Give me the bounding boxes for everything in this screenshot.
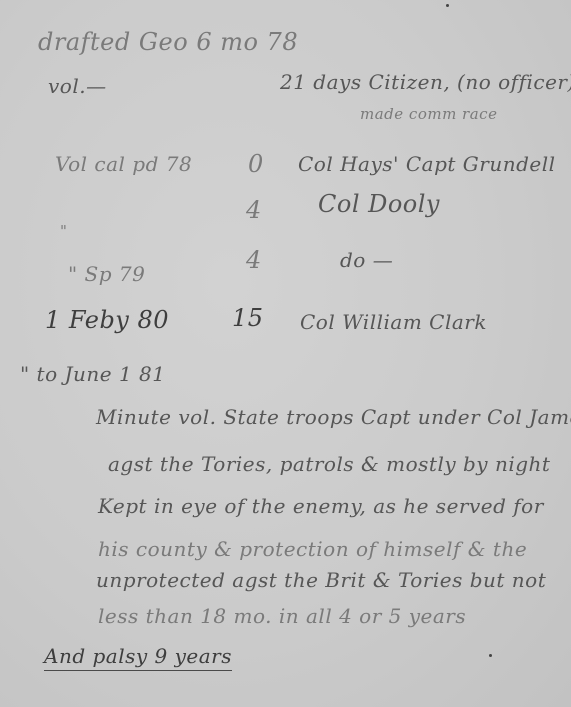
entry-months: 4 (246, 246, 262, 274)
header-note-1: 21 days Citizen, (no officer) (280, 70, 571, 94)
entry-officer: Col Dooly (318, 190, 440, 218)
ink-speck (489, 654, 492, 657)
entry-left: 1 Feby 80 (45, 306, 169, 334)
narrative-line: his county & protection of himself & the (98, 537, 527, 561)
entry-left: " to June 1 81 (20, 362, 166, 386)
narrative-line: agst the Tories, patrols & mostly by nig… (108, 452, 550, 476)
entry-months: 0 (248, 150, 264, 178)
header-note-2: made comm race (360, 105, 497, 123)
entry-left: " (60, 222, 67, 240)
narrative-line: unprotected agst the Brit & Tories but n… (96, 568, 546, 592)
entry-months: 15 (232, 304, 264, 332)
footer-note: And palsy 9 years (44, 644, 232, 671)
vol-label: vol.— (48, 74, 107, 98)
entry-officer: do — (340, 248, 393, 272)
narrative-line: less than 18 mo. in all 4 or 5 years (98, 604, 466, 628)
document-page: drafted Geo 6 mo 78 vol.— 21 days Citize… (0, 0, 571, 707)
entry-officer: Col William Clark (300, 310, 487, 334)
ink-speck (446, 4, 449, 7)
entry-left: Vol cal pd 78 (55, 152, 192, 176)
entry-left: " Sp 79 (68, 262, 145, 286)
header-title: drafted Geo 6 mo 78 (38, 28, 298, 56)
entry-officer: Col Hays' Capt Grundell (298, 152, 556, 176)
entry-months: 4 (246, 196, 262, 224)
narrative-line: Minute vol. State troops Capt under Col … (96, 405, 571, 429)
narrative-line: Kept in eye of the enemy, as he served f… (98, 494, 544, 518)
